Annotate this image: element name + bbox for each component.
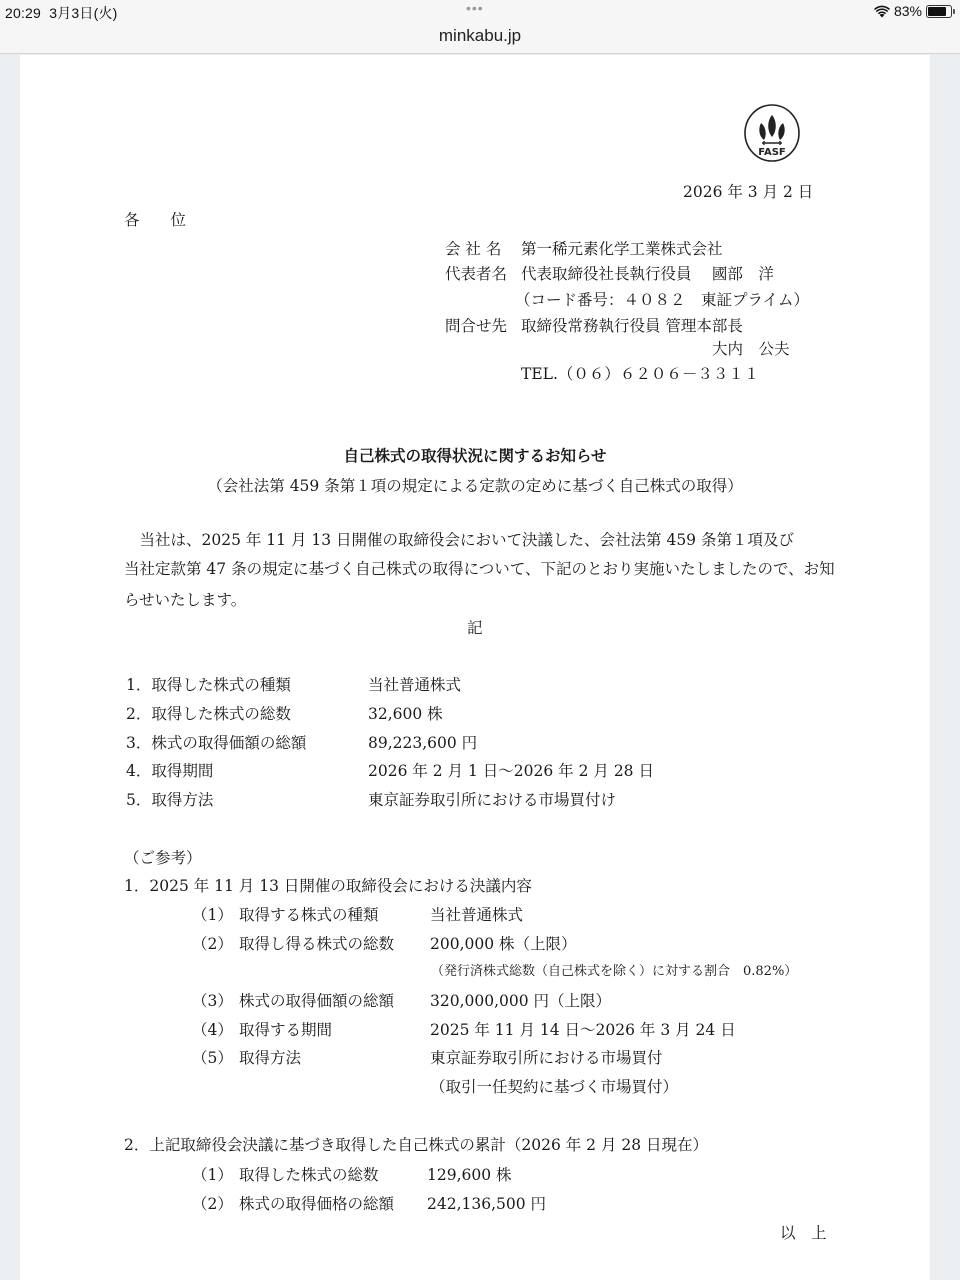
representative-name: 代表取締役社長執行役員 國部 洋 bbox=[521, 264, 774, 284]
row-label: 取得する株式の種類 bbox=[239, 905, 379, 925]
row-label: 株式の取得価額の総額 bbox=[239, 991, 394, 1011]
item-value: 東京証券取引所における市場買付け bbox=[368, 790, 616, 810]
contact-label: 問合せ先 bbox=[445, 316, 507, 336]
row-number: （1） bbox=[192, 905, 233, 925]
row-label: 取得する期間 bbox=[239, 1020, 332, 1040]
row-number: （2） bbox=[192, 934, 233, 954]
row-number: （3） bbox=[192, 991, 233, 1011]
closing-mark: 以 上 bbox=[780, 1223, 827, 1243]
page-title: 自己株式の取得状況に関するお知らせ bbox=[20, 444, 930, 466]
ki-heading: 記 bbox=[467, 618, 483, 638]
stock-code: （コード番号：４０８２ 東証プライム） bbox=[515, 290, 809, 310]
url-bar[interactable]: minkabu.jp bbox=[0, 26, 960, 46]
status-right: 83% bbox=[874, 3, 952, 19]
row-value: 129,600 株 bbox=[427, 1165, 512, 1185]
row-label: 取得した株式の総数 bbox=[239, 1165, 379, 1185]
contact-name: 大内 公夫 bbox=[712, 339, 790, 359]
row-number: （5） bbox=[192, 1048, 233, 1068]
reference-section2-heading: 2．上記取締役会決議に基づき取得した自己株式の累計（2026 年 2 月 28 … bbox=[124, 1135, 708, 1155]
representative-label: 代表者名 bbox=[445, 264, 507, 284]
company-name: 第一稀元素化学工業株式会社 bbox=[521, 239, 723, 259]
ratio-note: （発行済株式総数（自己株式を除く）に対する割合 0.82%） bbox=[431, 962, 797, 982]
row-value: 200,000 株（上限） bbox=[430, 934, 577, 954]
row-number: （4） bbox=[192, 1020, 233, 1040]
svg-text:FASF: FASF bbox=[758, 147, 785, 158]
reference-section1-heading: 1．2025 年 11 月 13 日開催の取締役会における決議内容 bbox=[124, 876, 532, 896]
item-value: 当社普通株式 bbox=[368, 675, 461, 695]
company-label: 会 社 名 bbox=[445, 239, 501, 259]
page-subtitle: （会社法第 459 条第１項の規定による定款の定めに基づく自己株式の取得） bbox=[20, 474, 930, 496]
row-value: 320,000,000 円（上限） bbox=[430, 991, 611, 1011]
row-number: （2） bbox=[192, 1194, 233, 1214]
item-value: 32,600 株 bbox=[368, 704, 443, 724]
contact-tel: TEL.（０６）６２０６－３３１１ bbox=[521, 364, 759, 384]
document-date: 2026 年 3 月 2 日 bbox=[683, 182, 813, 202]
item-label: 4．取得期間 bbox=[126, 761, 213, 781]
row-label: 株式の取得価格の総額 bbox=[239, 1194, 394, 1214]
row-value: 当社普通株式 bbox=[430, 905, 523, 925]
contact-title: 取締役常務執行役員 管理本部長 bbox=[521, 316, 743, 336]
battery-percent: 83% bbox=[894, 3, 922, 19]
item-label: 1．取得した株式の種類 bbox=[126, 675, 291, 695]
row-value: 242,136,500 円 bbox=[427, 1194, 546, 1214]
row-value: 2025 年 11 月 14 日～2026 年 3 月 24 日 bbox=[430, 1020, 736, 1040]
document-page: FASF 2026 年 3 月 2 日 各 位 会 社 名 第一稀元素化学工業株… bbox=[20, 55, 930, 1280]
item-label: 3．株式の取得価額の総額 bbox=[126, 733, 306, 753]
row-number: （1） bbox=[192, 1165, 233, 1185]
item-label: 5．取得方法 bbox=[126, 790, 213, 810]
multitasking-dots[interactable]: ••• bbox=[466, 0, 484, 16]
item-value: 89,223,600 円 bbox=[368, 733, 477, 753]
row-label: 取得し得る株式の総数 bbox=[239, 934, 394, 954]
item-label: 2．取得した株式の総数 bbox=[126, 704, 291, 724]
reference-heading: （ご参考） bbox=[124, 848, 202, 868]
addressee: 各 位 bbox=[124, 210, 186, 230]
wifi-icon bbox=[874, 5, 890, 18]
status-time: 20:29 3月3日(火) bbox=[5, 3, 118, 23]
body-line: 当社は、2025 年 11 月 13 日開催の取締役会において決議した、会社法第… bbox=[124, 530, 794, 550]
method-note: （取引一任契約に基づく市場買付） bbox=[430, 1077, 678, 1097]
row-label: 取得方法 bbox=[239, 1048, 301, 1068]
item-value: 2026 年 2 月 1 日～2026 年 2 月 28 日 bbox=[368, 761, 654, 781]
body-line: らせいたします。 bbox=[124, 590, 246, 610]
battery-icon bbox=[926, 5, 952, 18]
body-line: 当社定款第 47 条の規定に基づく自己株式の取得について、下記のとおり実施いたし… bbox=[124, 559, 835, 579]
browser-chrome: 20:29 3月3日(火) ••• 83% minkabu.jp bbox=[0, 0, 960, 54]
fasf-logo-icon: FASF bbox=[742, 103, 802, 163]
row-value: 東京証券取引所における市場買付 bbox=[430, 1048, 663, 1068]
